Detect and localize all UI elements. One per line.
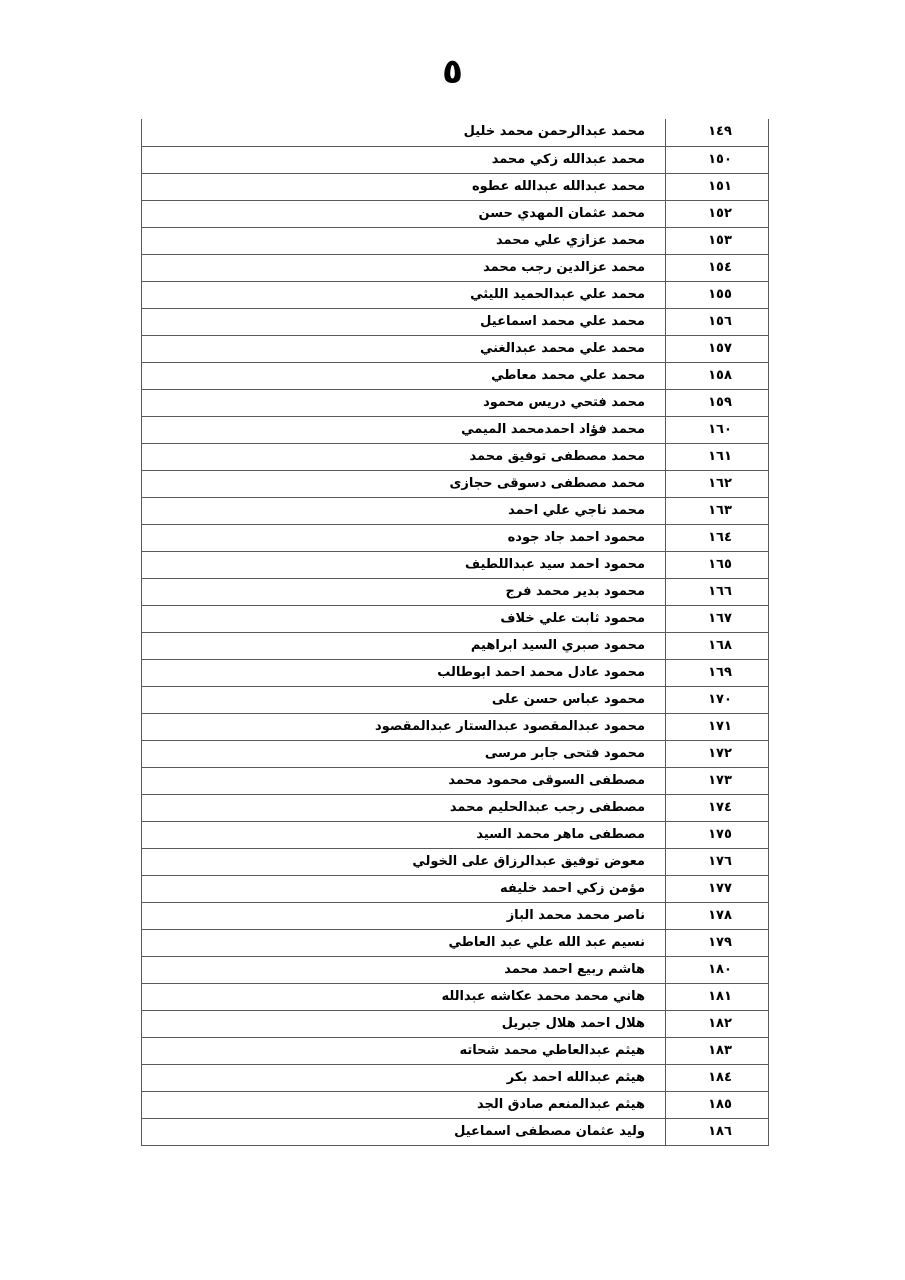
name-cell: محمود احمد جاد جوده <box>142 525 666 551</box>
table-row: هاشم ربيع احمد محمد١٨٠ <box>142 956 768 983</box>
table-row: محمد علي محمد اسماعيل١٥٦ <box>142 308 768 335</box>
table-row: محمد عثمان المهدي حسن١٥٢ <box>142 200 768 227</box>
serial-number-cell: ١٥٩ <box>666 390 768 416</box>
table-row: محمود فتحى جابر مرسى١٧٢ <box>142 740 768 767</box>
serial-number-cell: ١٥١ <box>666 174 768 200</box>
name-cell: هيثم عبدالمنعم صادق الجد <box>142 1092 666 1118</box>
table-row: محمد ناجي علي احمد١٦٣ <box>142 497 768 524</box>
page-number: ٥ <box>0 52 905 92</box>
serial-number-cell: ١٦٢ <box>666 471 768 497</box>
name-cell: محمود ثابت علي خلاف <box>142 606 666 632</box>
serial-number-cell: ١٧٧ <box>666 876 768 902</box>
name-cell: هاشم ربيع احمد محمد <box>142 957 666 983</box>
name-cell: مصطفى رجب عبدالحليم محمد <box>142 795 666 821</box>
serial-number-cell: ١٥٤ <box>666 255 768 281</box>
name-cell: نسيم عبد الله علي عبد العاطي <box>142 930 666 956</box>
serial-number-cell: ١٦٨ <box>666 633 768 659</box>
name-cell: محمد فؤاد احمدمحمد الميمي <box>142 417 666 443</box>
serial-number-cell: ١٥٣ <box>666 228 768 254</box>
table-row: نسيم عبد الله علي عبد العاطي١٧٩ <box>142 929 768 956</box>
name-cell: محمد عبدالرحمن محمد خليل <box>142 119 666 146</box>
table-row: محمد مصطفى دسوقى حجازى١٦٢ <box>142 470 768 497</box>
table-row: محمد عبدالرحمن محمد خليل١٤٩ <box>142 119 768 146</box>
table-row: محمود احمد سيد عبداللطيف١٦٥ <box>142 551 768 578</box>
table-row: مصطفى السوقى محمود محمد١٧٣ <box>142 767 768 794</box>
name-cell: محمد علي محمد معاطي <box>142 363 666 389</box>
serial-number-cell: ١٨١ <box>666 984 768 1010</box>
table-row: ناصر محمد محمد الباز١٧٨ <box>142 902 768 929</box>
serial-number-cell: ١٧٢ <box>666 741 768 767</box>
table-row: هاني محمد محمد عكاشه عبدالله١٨١ <box>142 983 768 1010</box>
table-row: معوض توفيق عبدالرزاق على الخولي١٧٦ <box>142 848 768 875</box>
name-cell: محمود صبري السيد ابراهيم <box>142 633 666 659</box>
roster-table: محمد عبدالرحمن محمد خليل١٤٩محمد عبدالله … <box>141 119 769 1146</box>
name-cell: محمد عزالدين رجب محمد <box>142 255 666 281</box>
table-row: محمد مصطفى توفيق محمد١٦١ <box>142 443 768 470</box>
serial-number-cell: ١٧٥ <box>666 822 768 848</box>
serial-number-cell: ١٨٦ <box>666 1119 768 1145</box>
name-cell: محمد علي عبدالحميد الليثي <box>142 282 666 308</box>
serial-number-cell: ١٥٠ <box>666 147 768 173</box>
serial-number-cell: ١٨٥ <box>666 1092 768 1118</box>
table-row: هيثم عبدالمنعم صادق الجد١٨٥ <box>142 1091 768 1118</box>
serial-number-cell: ١٧٩ <box>666 930 768 956</box>
name-cell: محمود بدير محمد فرج <box>142 579 666 605</box>
serial-number-cell: ١٧٣ <box>666 768 768 794</box>
name-cell: مصطفى السوقى محمود محمد <box>142 768 666 794</box>
serial-number-cell: ١٧٠ <box>666 687 768 713</box>
table-row: مصطفى ماهر محمد السيد١٧٥ <box>142 821 768 848</box>
table-row: هيثم عبدالله احمد بكر١٨٤ <box>142 1064 768 1091</box>
table-row: هيثم عبدالعاطي محمد شحاته١٨٣ <box>142 1037 768 1064</box>
table-row: مصطفى رجب عبدالحليم محمد١٧٤ <box>142 794 768 821</box>
name-cell: محمود عبدالمقصود عبدالستار عبدالمقصود <box>142 714 666 740</box>
table-row: محمود ثابت علي خلاف١٦٧ <box>142 605 768 632</box>
serial-number-cell: ١٨٢ <box>666 1011 768 1037</box>
serial-number-cell: ١٤٩ <box>666 119 768 146</box>
serial-number-cell: ١٦٩ <box>666 660 768 686</box>
serial-number-cell: ١٧١ <box>666 714 768 740</box>
serial-number-cell: ١٧٤ <box>666 795 768 821</box>
table-row: محمد علي عبدالحميد الليثي١٥٥ <box>142 281 768 308</box>
serial-number-cell: ١٧٨ <box>666 903 768 929</box>
serial-number-cell: ١٥٧ <box>666 336 768 362</box>
table-row: محمد علي محمد عبدالغني١٥٧ <box>142 335 768 362</box>
table-row: محمد فؤاد احمدمحمد الميمي١٦٠ <box>142 416 768 443</box>
name-cell: ناصر محمد محمد الباز <box>142 903 666 929</box>
name-cell: معوض توفيق عبدالرزاق على الخولي <box>142 849 666 875</box>
table-row: هلال احمد هلال جبريل١٨٢ <box>142 1010 768 1037</box>
table-row: محمد علي محمد معاطي١٥٨ <box>142 362 768 389</box>
table-row: محمد عزازي علي محمد١٥٣ <box>142 227 768 254</box>
serial-number-cell: ١٦٧ <box>666 606 768 632</box>
name-cell: محمد ناجي علي احمد <box>142 498 666 524</box>
serial-number-cell: ١٦٦ <box>666 579 768 605</box>
table-row: وليد عثمان مصطفى اسماعيل١٨٦ <box>142 1118 768 1145</box>
name-cell: محمد عزازي علي محمد <box>142 228 666 254</box>
serial-number-cell: ١٦٣ <box>666 498 768 524</box>
name-cell: هاني محمد محمد عكاشه عبدالله <box>142 984 666 1010</box>
table-row: محمود عبدالمقصود عبدالستار عبدالمقصود١٧١ <box>142 713 768 740</box>
serial-number-cell: ١٦٤ <box>666 525 768 551</box>
serial-number-cell: ١٨٤ <box>666 1065 768 1091</box>
serial-number-cell: ١٥٦ <box>666 309 768 335</box>
name-cell: هيثم عبدالله احمد بكر <box>142 1065 666 1091</box>
serial-number-cell: ١٦١ <box>666 444 768 470</box>
serial-number-cell: ١٧٦ <box>666 849 768 875</box>
serial-number-cell: ١٥٨ <box>666 363 768 389</box>
table-row: محمد عبدالله زكي محمد١٥٠ <box>142 146 768 173</box>
name-cell: محمد علي محمد عبدالغني <box>142 336 666 362</box>
table-row: مؤمن زكي احمد خليفه١٧٧ <box>142 875 768 902</box>
serial-number-cell: ١٨٠ <box>666 957 768 983</box>
table-row: محمود احمد جاد جوده١٦٤ <box>142 524 768 551</box>
name-cell: محمد عبدالله عبدالله عطوه <box>142 174 666 200</box>
table-row: محمود بدير محمد فرج١٦٦ <box>142 578 768 605</box>
name-cell: محمد مصطفى دسوقى حجازى <box>142 471 666 497</box>
name-cell: محمود عباس حسن على <box>142 687 666 713</box>
name-cell: وليد عثمان مصطفى اسماعيل <box>142 1119 666 1145</box>
name-cell: محمد عثمان المهدي حسن <box>142 201 666 227</box>
table-row: محمود صبري السيد ابراهيم١٦٨ <box>142 632 768 659</box>
serial-number-cell: ١٥٥ <box>666 282 768 308</box>
name-cell: هيثم عبدالعاطي محمد شحاته <box>142 1038 666 1064</box>
table-row: محمد عبدالله عبدالله عطوه١٥١ <box>142 173 768 200</box>
name-cell: محمد عبدالله زكي محمد <box>142 147 666 173</box>
serial-number-cell: ١٥٢ <box>666 201 768 227</box>
name-cell: مؤمن زكي احمد خليفه <box>142 876 666 902</box>
name-cell: محمد علي محمد اسماعيل <box>142 309 666 335</box>
serial-number-cell: ١٦٠ <box>666 417 768 443</box>
name-cell: محمود عادل محمد احمد ابوطالب <box>142 660 666 686</box>
name-cell: هلال احمد هلال جبريل <box>142 1011 666 1037</box>
name-cell: مصطفى ماهر محمد السيد <box>142 822 666 848</box>
table-row: محمد فتحي دريس محمود١٥٩ <box>142 389 768 416</box>
serial-number-cell: ١٦٥ <box>666 552 768 578</box>
table-row: محمد عزالدين رجب محمد١٥٤ <box>142 254 768 281</box>
name-cell: محمد فتحي دريس محمود <box>142 390 666 416</box>
serial-number-cell: ١٨٣ <box>666 1038 768 1064</box>
name-cell: محمود فتحى جابر مرسى <box>142 741 666 767</box>
table-row: محمود عادل محمد احمد ابوطالب١٦٩ <box>142 659 768 686</box>
name-cell: محمود احمد سيد عبداللطيف <box>142 552 666 578</box>
table-row: محمود عباس حسن على١٧٠ <box>142 686 768 713</box>
name-cell: محمد مصطفى توفيق محمد <box>142 444 666 470</box>
